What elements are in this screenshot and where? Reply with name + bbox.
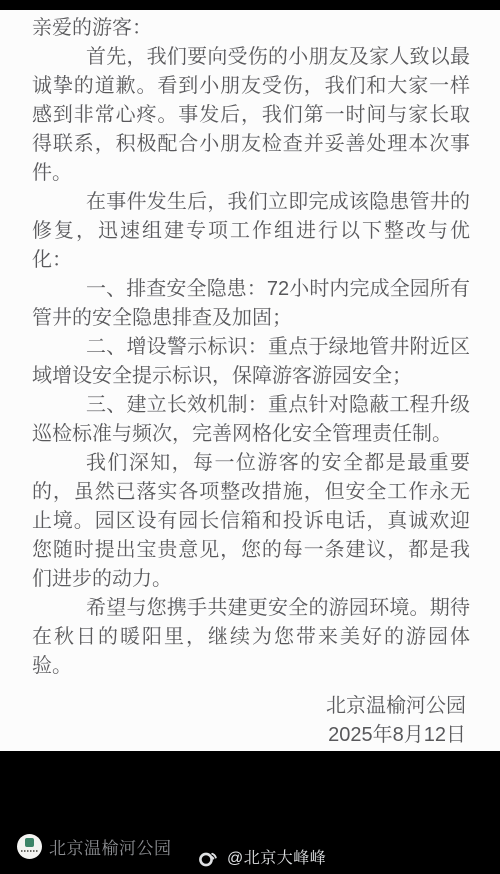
paragraph-repair: 在事件发生后，我们立即完成该隐患管井的修复，迅速组建专项工作组进行以下整改与优化… <box>32 188 470 275</box>
watermark-bar: 北京温榆河公园 @北京大峰峰 <box>0 751 500 874</box>
park-seal-microtext <box>21 850 38 852</box>
paragraph-measure-1: 一、排查安全隐患：72小时内完成全园所有管井的安全隐患排查及加固； <box>32 275 470 333</box>
notice-screenshot: 亲爱的游客： 首先，我们要向受伤的小朋友及家人致以最诚挚的道歉。看到小朋友受伤，… <box>0 0 500 874</box>
top-letterbox-bar <box>0 0 500 10</box>
signature-date: 2025年8月12日 <box>32 721 466 750</box>
apology-letter: 亲爱的游客： 首先，我们要向受伤的小朋友及家人致以最诚挚的道歉。看到小朋友受伤，… <box>0 10 500 751</box>
paragraph-commitment: 我们深知，每一位游客的安全都是最重要的，虽然已落实各项整改措施，但安全工作永无止… <box>32 449 470 594</box>
weibo-icon <box>197 847 221 867</box>
paragraph-apology: 首先，我们要向受伤的小朋友及家人致以最诚挚的道歉。看到小朋友受伤，我们和大家一样… <box>32 43 470 188</box>
weibo-handle: @北京大峰峰 <box>227 845 326 868</box>
weibo-credit: @北京大峰峰 <box>197 845 326 868</box>
signature-block: 北京温榆河公园 2025年8月12日 <box>32 692 470 750</box>
salutation: 亲爱的游客： <box>32 14 470 43</box>
park-seal-icon <box>25 838 34 847</box>
account-watermark: 北京温榆河公园 <box>17 834 172 859</box>
account-name: 北京温榆河公园 <box>49 834 172 859</box>
paragraph-measure-2: 二、增设警示标识：重点于绿地管井附近区域增设安全提示标识，保障游客游园安全； <box>32 333 470 391</box>
park-avatar <box>17 834 42 859</box>
signature-name: 北京温榆河公园 <box>32 692 466 721</box>
paragraph-closing: 希望与您携手共建更安全的游园环境。期待在秋日的暖阳里，继续为您带来美好的游园体验… <box>32 594 470 681</box>
paragraph-measure-3: 三、建立长效机制：重点针对隐蔽工程升级巡检标准与频次，完善网格化安全管理责任制。 <box>32 391 470 449</box>
